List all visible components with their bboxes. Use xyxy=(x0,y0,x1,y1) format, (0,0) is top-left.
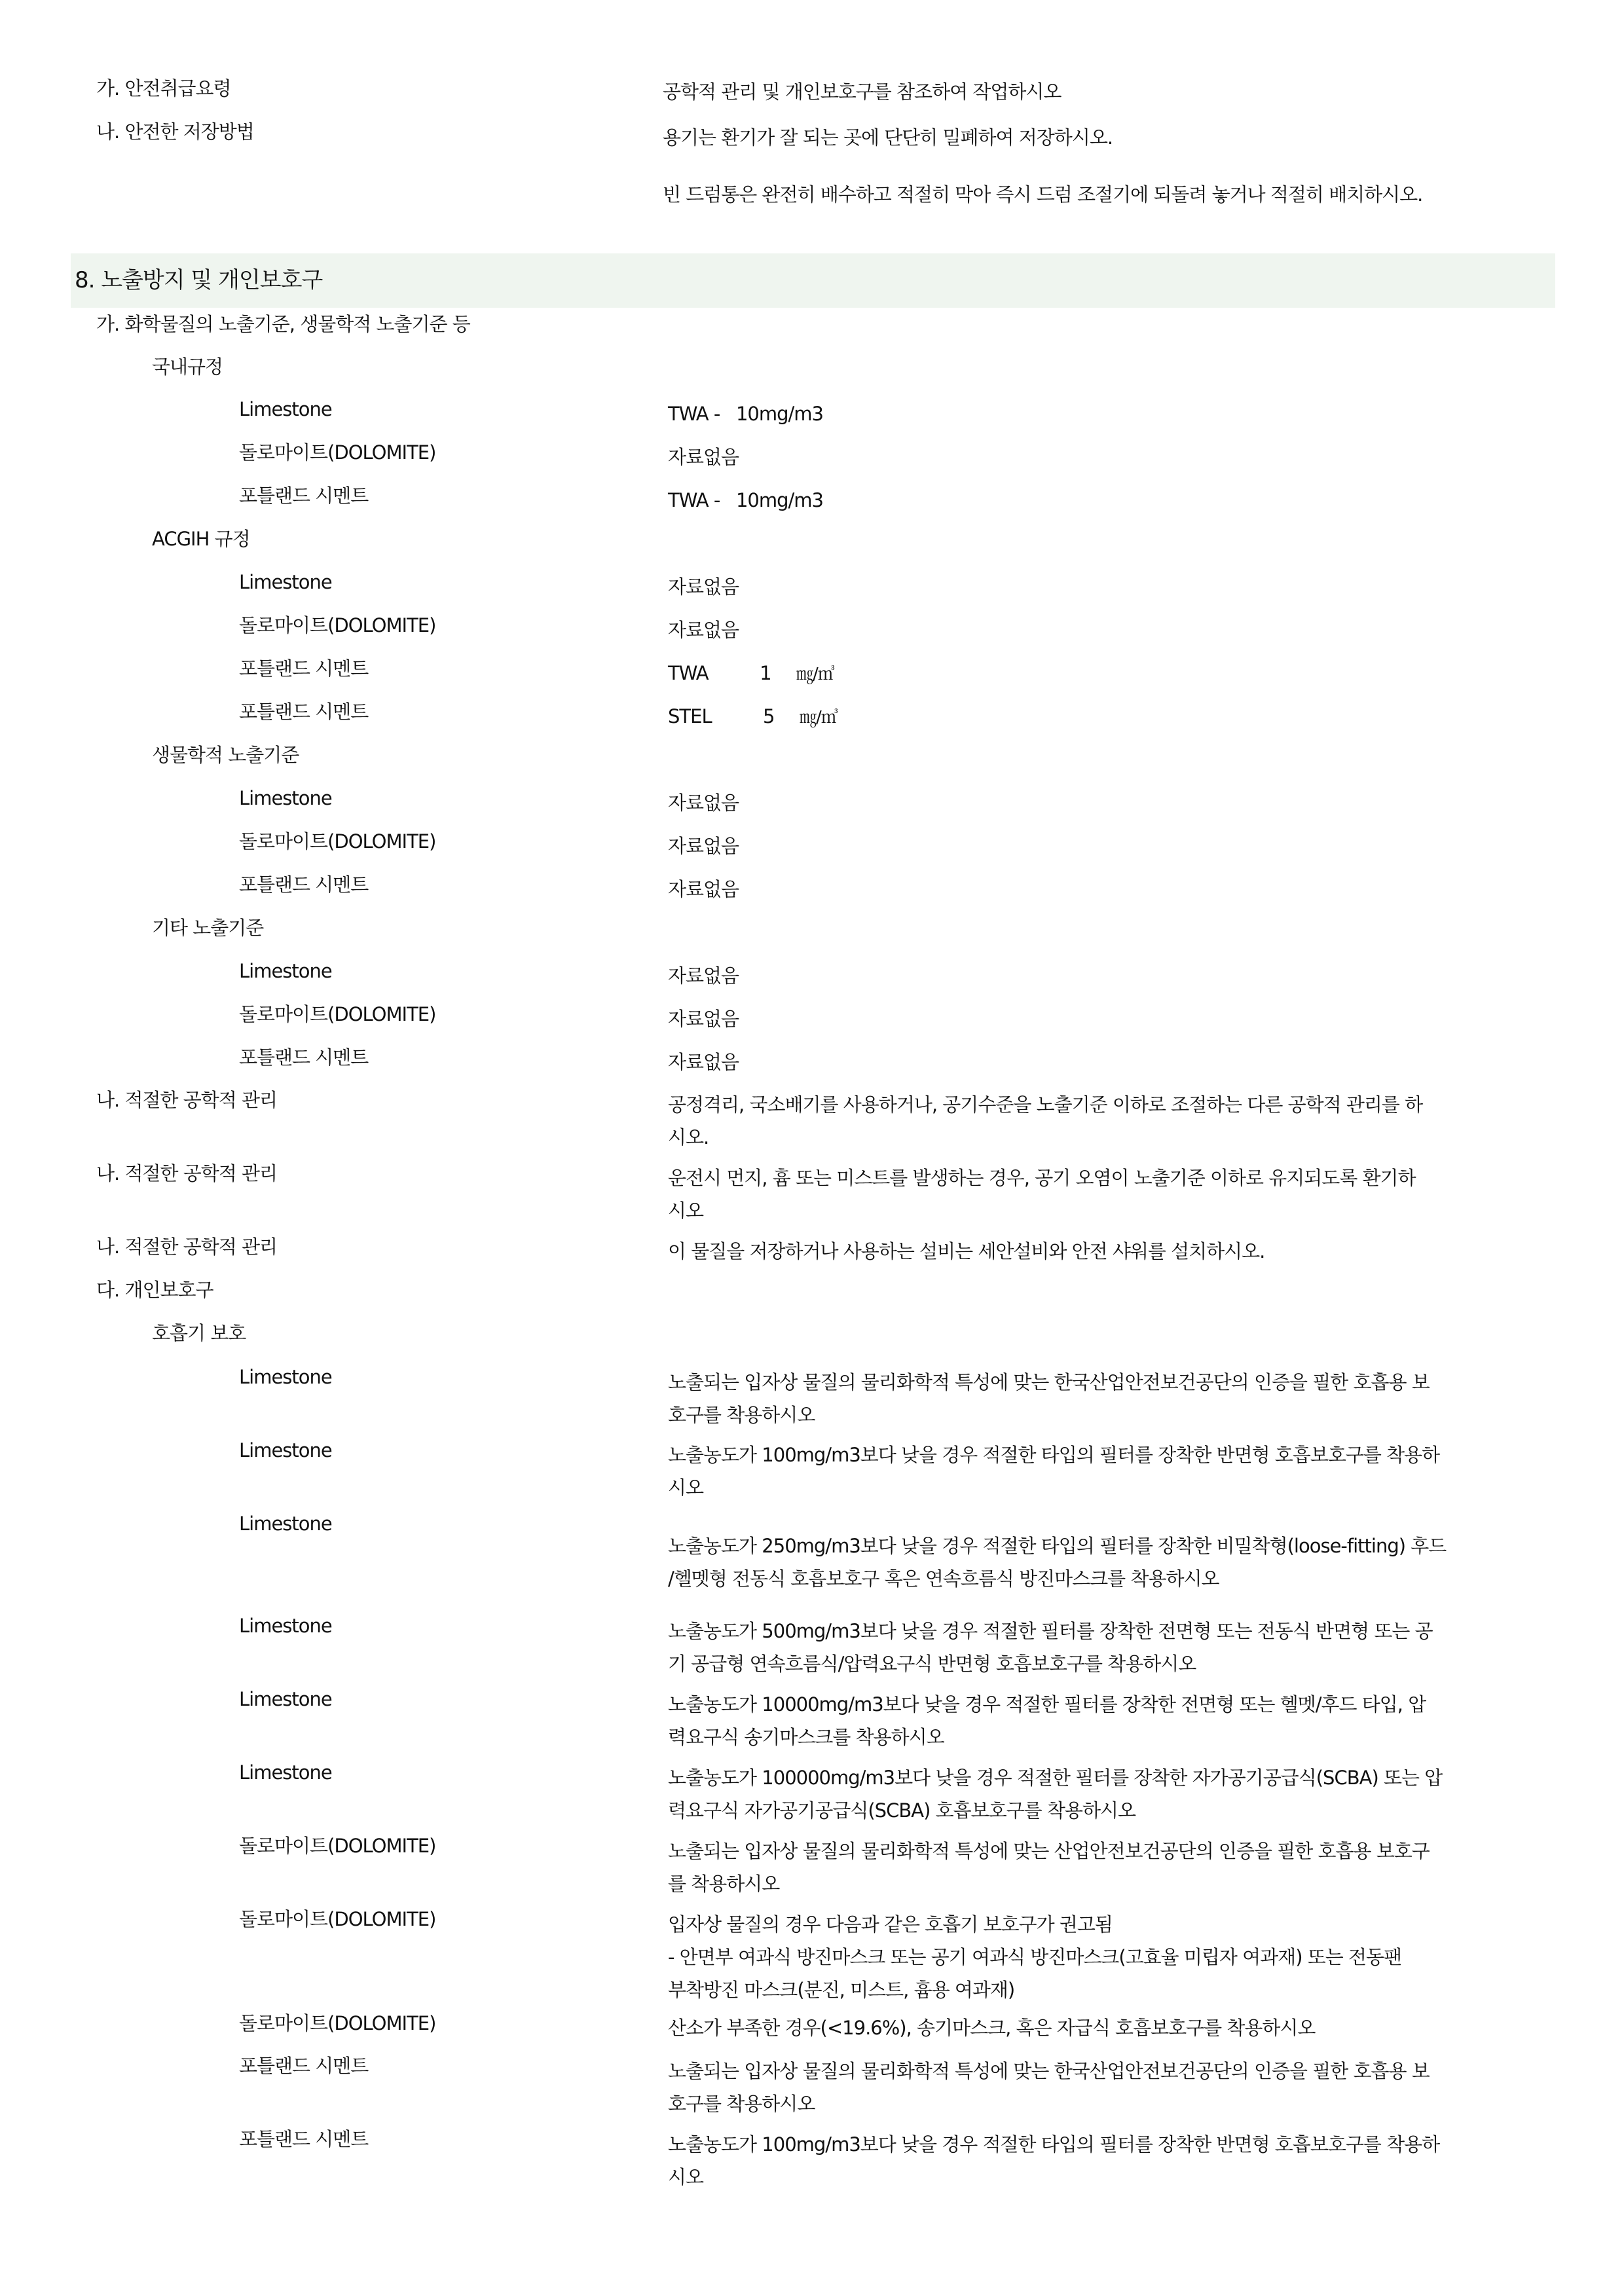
handling-value: 공학적 관리 및 개인보호구를 참조하여 작업하시오 xyxy=(663,75,1553,108)
substance-name: 포틀랜드 시멘트 xyxy=(239,868,368,901)
exposure-type: STEL xyxy=(668,705,712,727)
group-biological: 생물학적 노출기준 xyxy=(152,739,299,771)
substance-name: Limestone xyxy=(239,1507,332,1540)
exposure-label: 가. 화학물질의 노출기준, 생물학적 노출기준 등 xyxy=(96,308,470,340)
respiratory-value: 노출농도가 500mg/m3보다 낮을 경우 적절한 필터를 장착한 전면형 또… xyxy=(668,1615,1559,1680)
exposure-type: TWA xyxy=(668,662,709,684)
section-title: 8. 노출방지 및 개인보호구 xyxy=(75,262,322,299)
substance-name: Limestone xyxy=(239,1683,332,1716)
respiratory-value: 산소가 부족한 경우(<19.6%), 송기마스크, 혹은 자급식 호흡보호구를… xyxy=(668,2011,1559,2044)
respiratory-value: 노출농도가 100mg/m3보다 낮을 경우 적절한 타입의 필터를 장착한 반… xyxy=(668,2128,1559,2194)
storage-value-2: 빈 드럼통은 완전히 배수하고 적절히 막아 즉시 드럼 조절기에 되돌려 놓거… xyxy=(663,178,1553,211)
storage-value-1: 용기는 환기가 잘 되는 곳에 단단히 밀폐하여 저장하시오. xyxy=(663,121,1553,154)
substance-name: Limestone xyxy=(239,1756,332,1789)
substance-name: Limestone xyxy=(239,955,332,987)
substance-name: Limestone xyxy=(239,566,332,598)
substance-name: 포틀랜드 시멘트 xyxy=(239,479,368,512)
handling-label: 가. 안전취급요령 xyxy=(96,72,231,105)
engineering-label: 나. 적절한 공학적 관리 xyxy=(96,1084,277,1116)
substance-name: 포틀랜드 시멘트 xyxy=(239,695,368,728)
substance-name: 돌로마이트(DOLOMITE) xyxy=(239,825,435,858)
engineering-value: 운전시 먼지, 흄 또는 미스트를 발생하는 경우, 공기 오염이 노출기준 이… xyxy=(668,1162,1559,1227)
substance-name: 돌로마이트(DOLOMITE) xyxy=(239,1829,435,1862)
group-domestic: 국내규정 xyxy=(152,350,223,383)
respiratory-value: 노출되는 입자상 물질의 물리화학적 특성에 맞는 한국산업안전보건공단의 인증… xyxy=(668,2055,1559,2120)
respiratory-value: 노출되는 입자상 물질의 물리화학적 특성에 맞는 산업안전보건공단의 인증을 … xyxy=(668,1835,1559,1900)
substance-name: 돌로마이트(DOLOMITE) xyxy=(239,998,435,1031)
substance-name: 포틀랜드 시멘트 xyxy=(239,2049,368,2082)
exposure-amount: 1 xyxy=(760,662,771,684)
substance-name: Limestone xyxy=(239,1361,332,1393)
engineering-label: 나. 적절한 공학적 관리 xyxy=(96,1157,277,1190)
exposure-value-twa: TWA 1 ㎎/㎥ xyxy=(668,657,834,691)
exposure-value: 자료없음 xyxy=(668,1002,739,1035)
respiratory-value: 노출농도가 100mg/m3보다 낮을 경우 적절한 타입의 필터를 장착한 반… xyxy=(668,1439,1559,1504)
ppe-label: 다. 개인보호구 xyxy=(96,1274,213,1306)
substance-name: Limestone xyxy=(239,782,332,815)
storage-label: 나. 안전한 저장방법 xyxy=(96,115,254,148)
substance-name: 돌로마이트(DOLOMITE) xyxy=(239,1903,435,1936)
exposure-value: 자료없음 xyxy=(668,873,739,906)
engineering-label: 나. 적절한 공학적 관리 xyxy=(96,1230,277,1263)
exposure-amount: 5 xyxy=(763,705,774,727)
respiratory-value: 입자상 물질의 경우 다음과 같은 호흡기 보호구가 권고됨 - 안면부 여과식… xyxy=(668,1908,1559,2006)
exposure-value: 자료없음 xyxy=(668,830,739,862)
substance-name: 돌로마이트(DOLOMITE) xyxy=(239,436,435,469)
engineering-value: 공정격리, 국소배기를 사용하거나, 공기수준을 노출기준 이하로 조절하는 다… xyxy=(668,1088,1559,1154)
exposure-value: 자료없음 xyxy=(668,441,739,473)
exposure-value: 자료없음 xyxy=(668,570,739,603)
group-other: 기타 노출기준 xyxy=(152,911,263,944)
substance-name: Limestone xyxy=(239,393,332,426)
substance-name: 돌로마이트(DOLOMITE) xyxy=(239,609,435,642)
respiratory-label: 호흡기 보호 xyxy=(152,1317,246,1349)
exposure-value: 자료없음 xyxy=(668,786,739,819)
substance-name: Limestone xyxy=(239,1609,332,1642)
respiratory-value: 노출되는 입자상 물질의 물리화학적 특성에 맞는 한국산업안전보건공단의 인증… xyxy=(668,1366,1559,1431)
substance-name: 포틀랜드 시멘트 xyxy=(239,652,368,685)
substance-name: 포틀랜드 시멘트 xyxy=(239,2123,368,2156)
exposure-value: TWA - 10mg/m3 xyxy=(668,397,823,430)
exposure-value: 자료없음 xyxy=(668,959,739,992)
engineering-value: 이 물질을 저장하거나 사용하는 설비는 세안설비와 안전 샤워를 설치하시오. xyxy=(668,1235,1559,1268)
exposure-value: 자료없음 xyxy=(668,614,739,646)
exposure-unit: ㎎/㎥ xyxy=(796,665,834,684)
exposure-value: 자료없음 xyxy=(668,1046,739,1078)
respiratory-value: 노출농도가 10000mg/m3보다 낮을 경우 적절한 필터를 장착한 전면형… xyxy=(668,1688,1559,1753)
respiratory-value: 노출농도가 100000mg/m3보다 낮을 경우 적절한 필터를 장착한 자가… xyxy=(668,1761,1559,1827)
substance-name: 포틀랜드 시멘트 xyxy=(239,1041,368,1074)
group-acgih: ACGIH 규정 xyxy=(152,523,250,555)
respiratory-value: 노출농도가 250mg/m3보다 낮을 경우 적절한 타입의 필터를 장착한 비… xyxy=(668,1530,1559,1595)
substance-name: Limestone xyxy=(239,1434,332,1467)
exposure-value-stel: STEL 5 ㎎/㎥ xyxy=(668,700,838,734)
substance-name: 돌로마이트(DOLOMITE) xyxy=(239,2007,435,2040)
exposure-unit: ㎎/㎥ xyxy=(800,708,838,727)
exposure-value: TWA - 10mg/m3 xyxy=(668,484,823,517)
